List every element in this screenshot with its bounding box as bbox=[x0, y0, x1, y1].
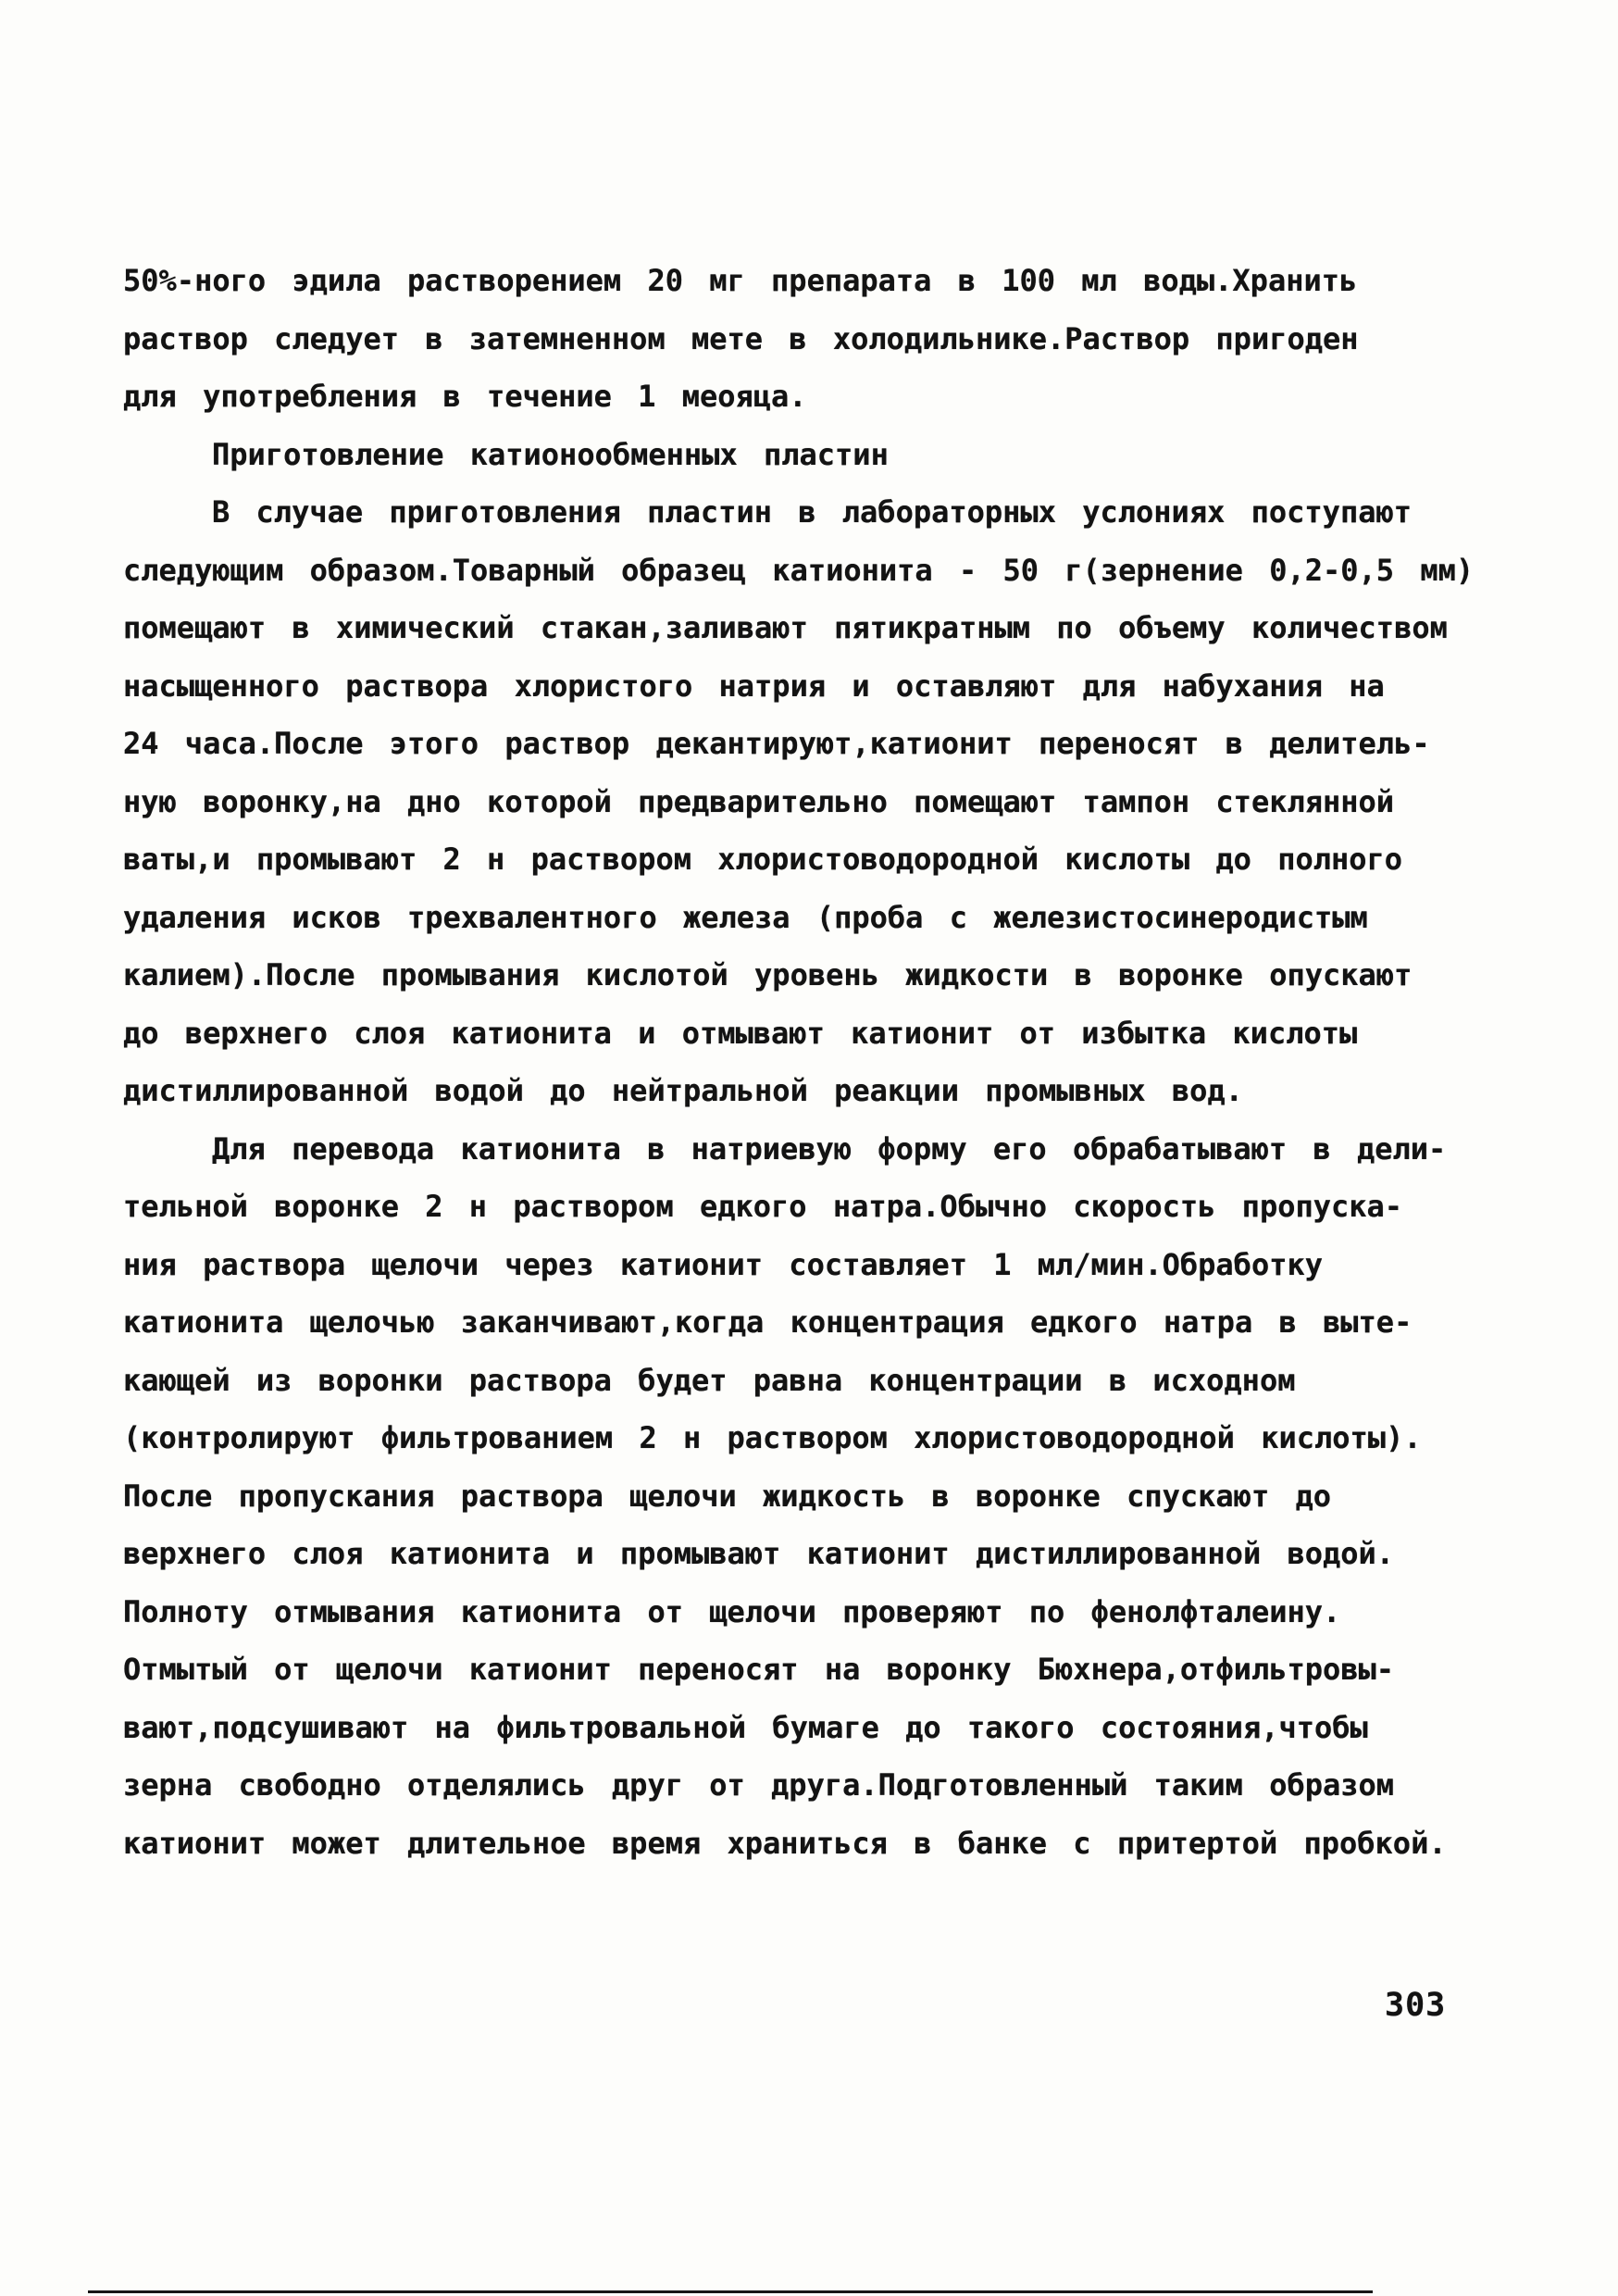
text-line: Для перевода катионита в натриевую форму… bbox=[123, 1120, 1530, 1179]
text-line: кающей из воронки раствора будет равна к… bbox=[123, 1352, 1530, 1410]
text-line: раствор следует в затемненном мете в хол… bbox=[123, 310, 1530, 368]
text-line: ную воронку,на дно которой предварительн… bbox=[123, 773, 1530, 831]
text-line: верхнего слоя катионита и промывают кати… bbox=[123, 1525, 1530, 1583]
text-line: 24 часа.После этого раствор декантируют,… bbox=[123, 715, 1530, 773]
text-line: до верхнего слоя катионита и отмывают ка… bbox=[123, 1004, 1530, 1063]
page-number: 303 bbox=[1385, 1987, 1446, 2024]
scanned-document-page: 50%-ного эдила растворением 20 мг препар… bbox=[0, 0, 1618, 2296]
text-block: 50%-ного эдила растворением 20 мг препар… bbox=[123, 252, 1530, 1872]
text-line: удаления исков трехвалентного железа (пр… bbox=[123, 889, 1530, 947]
text-line: помещают в химический стакан,заливают пя… bbox=[123, 599, 1530, 657]
text-line: тельной воронке 2 н раствором едкого нат… bbox=[123, 1178, 1530, 1236]
text-line: ваты,и промывают 2 н раствором хлористов… bbox=[123, 830, 1530, 889]
text-line: вают,подсушивают на фильтровальной бумаг… bbox=[123, 1699, 1530, 1757]
section-heading: Приготовление катионообменных пластин bbox=[123, 426, 1530, 484]
text-line: ния раствора щелочи через катионит соста… bbox=[123, 1236, 1530, 1294]
scan-edge-line bbox=[88, 2290, 1373, 2293]
text-line: Полноту отмывания катионита от щелочи пр… bbox=[123, 1583, 1530, 1641]
text-line: насыщенного раствора хлористого натрия и… bbox=[123, 657, 1530, 716]
text-line: После пропускания раствора щелочи жидкос… bbox=[123, 1467, 1530, 1526]
text-line: В случае приготовления пластин в лаборат… bbox=[123, 483, 1530, 542]
text-line: для употребления в течение 1 меояца. bbox=[123, 368, 1530, 426]
text-line: (контролируют фильтрованием 2 н растворо… bbox=[123, 1409, 1530, 1467]
text-line: дистиллированной водой до нейтральной ре… bbox=[123, 1062, 1530, 1120]
text-line: следующим образом.Товарный образец катио… bbox=[123, 542, 1530, 600]
text-line: катионита щелочью заканчивают,когда конц… bbox=[123, 1293, 1530, 1352]
text-line: катионит может длительное время хранитьс… bbox=[123, 1815, 1530, 1873]
text-line: калием).После промывания кислотой уровен… bbox=[123, 946, 1530, 1004]
text-line: зерна свободно отделялись друг от друга.… bbox=[123, 1756, 1530, 1815]
text-line: Отмытый от щелочи катионит переносят на … bbox=[123, 1641, 1530, 1699]
text-line: 50%-ного эдила растворением 20 мг препар… bbox=[123, 252, 1530, 310]
